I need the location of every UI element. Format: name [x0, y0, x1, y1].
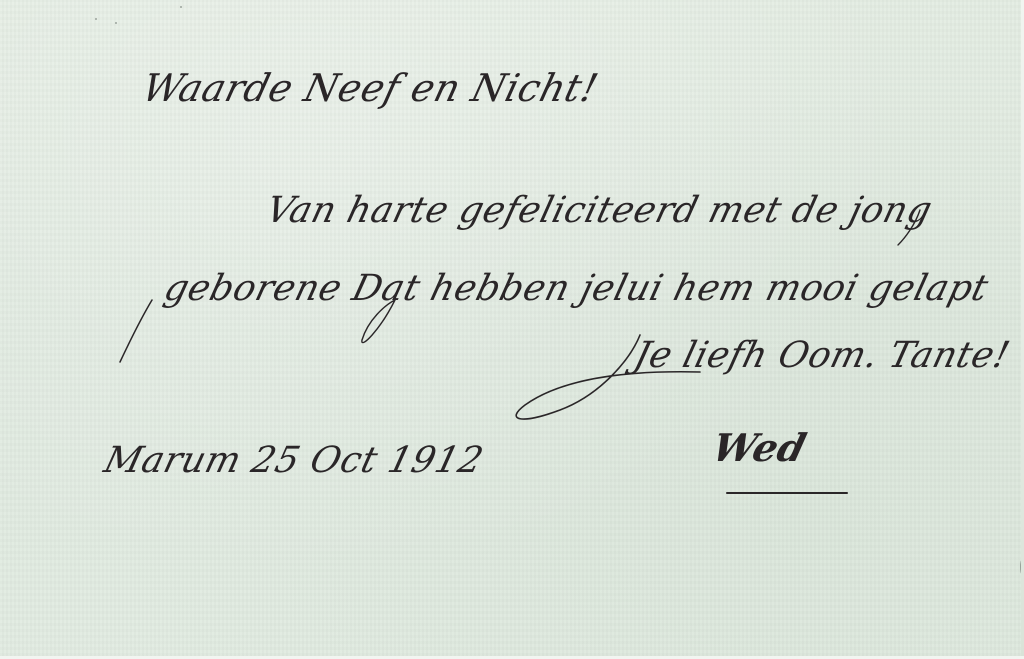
body-line-2: geborene Dat hebben jelui hem mooi gelap… — [160, 268, 992, 309]
paper-speck — [180, 6, 182, 8]
place-and-date: Marum 25 Oct 1912 — [100, 440, 487, 481]
closing-line: Je liefh Oom. Tante! — [630, 335, 1014, 376]
paper-speck — [115, 22, 117, 24]
paper-speck — [95, 18, 97, 20]
salutation: Waarde Neef en Nicht! — [138, 66, 603, 110]
postcard: Waarde Neef en Nicht! Van harte gefelici… — [0, 0, 1024, 659]
signature-underline — [726, 492, 848, 494]
signature: Wed — [708, 425, 811, 470]
body-line-1: Van harte gefeliciteerd met de jong — [262, 190, 936, 231]
